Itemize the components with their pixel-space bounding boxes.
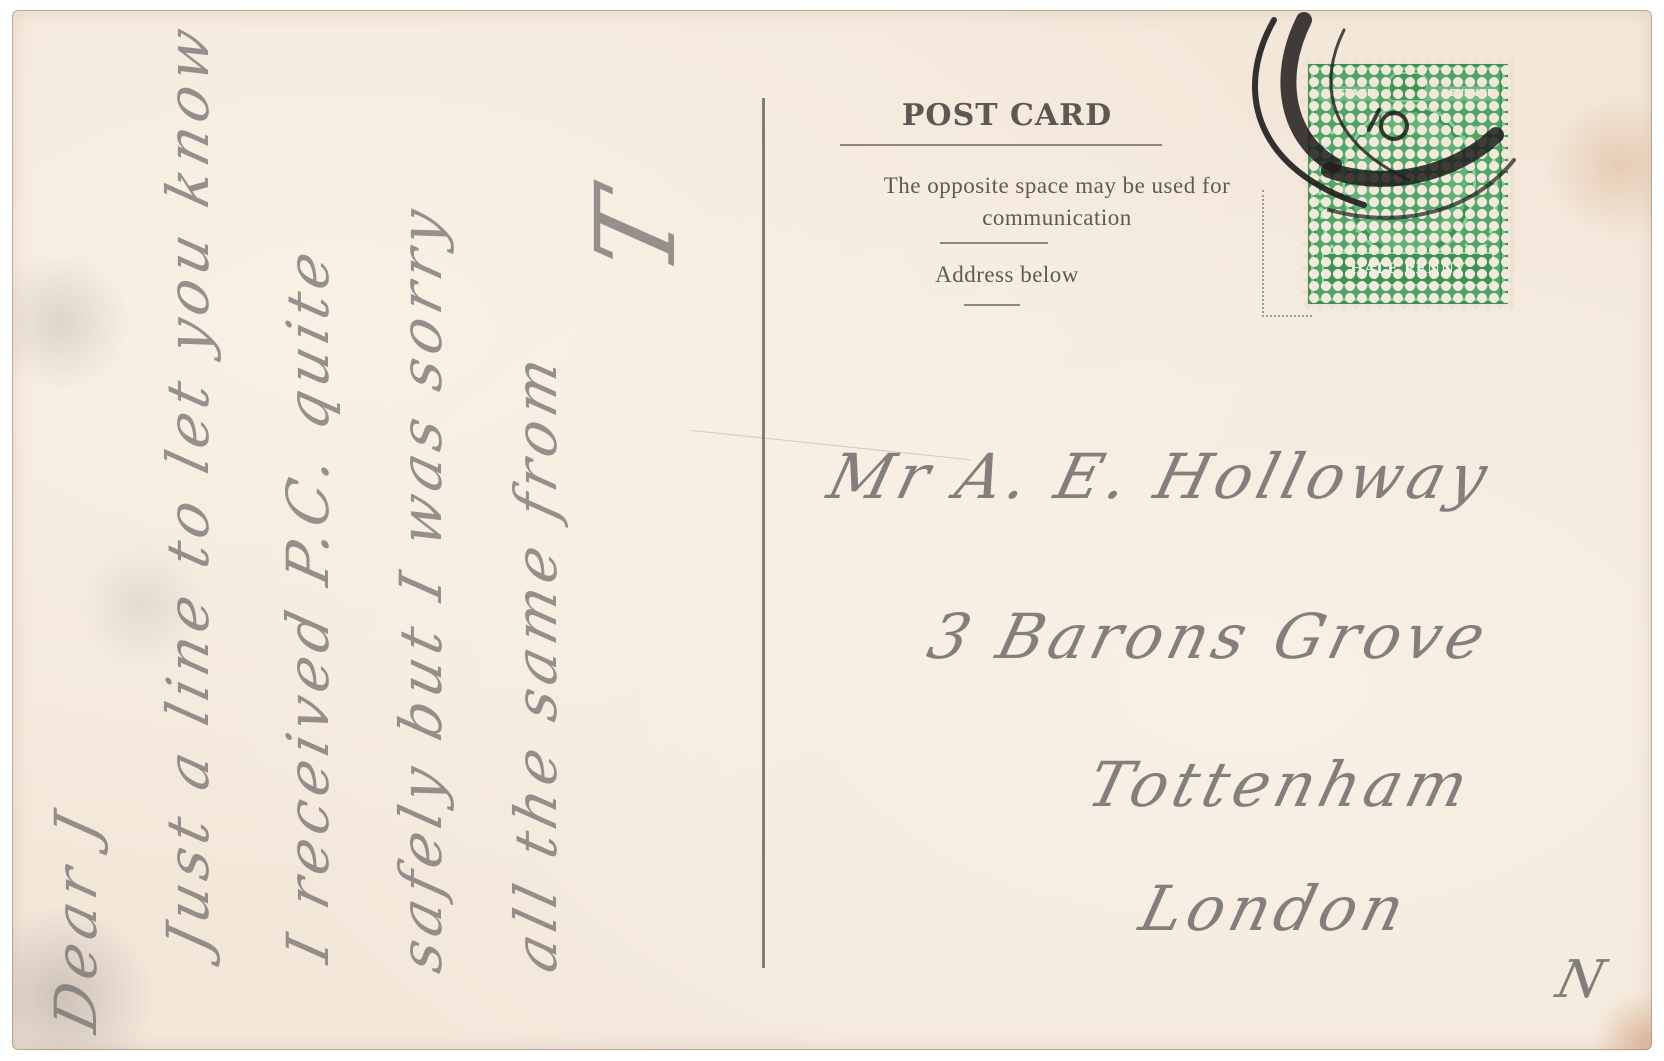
address-label-rule	[964, 304, 1020, 306]
title-underline	[840, 144, 1162, 146]
stamp-revenue-text: & REVENUE	[1425, 86, 1498, 101]
instruction-line-1: The opposite space may be used for	[792, 170, 1322, 202]
stamp-postage-text: POSTAGE	[1318, 86, 1378, 101]
postcard: Dear J Just a line to let you know I rec…	[12, 10, 1652, 1050]
center-divider-line	[762, 98, 765, 968]
message-line-5: all the same from	[502, 345, 570, 979]
message-line-3: I received P.C. quite	[274, 239, 342, 969]
message-line-2: Just a line to let you know	[154, 15, 222, 958]
message-line-4: safely but I was sorry	[387, 197, 455, 979]
communication-instruction: The opposite space may be used for commu…	[792, 170, 1322, 234]
stamp-design: POSTAGE & REVENUE HALF PENNY	[1308, 64, 1508, 304]
king-portrait-oval	[1350, 112, 1468, 252]
message-line-1: Dear J	[42, 801, 110, 1039]
address-line-1: Mr A. E. Holloway	[821, 440, 1499, 513]
instruction-line-2: communication	[792, 202, 1322, 234]
message-signature: T	[572, 175, 700, 286]
handwritten-message: Dear J Just a line to let you know I rec…	[42, 30, 742, 1030]
address-line-3: Tottenham	[1081, 748, 1480, 821]
address-line-4: London	[1133, 872, 1417, 945]
stamp-banner: POSTAGE & REVENUE	[1318, 86, 1498, 101]
instruction-rule	[940, 242, 1048, 244]
stamp-value-label: HALF PENNY	[1326, 256, 1490, 282]
postal-district: N	[1551, 950, 1616, 1010]
king-profile-icon	[1372, 132, 1448, 236]
address-line-2: 3 Barons Grove	[921, 600, 1498, 673]
postcard-title: POST CARD	[892, 98, 1122, 133]
address-below-label: Address below	[912, 262, 1102, 288]
half-penny-stamp: POSTAGE & REVENUE HALF PENNY	[1302, 58, 1514, 310]
